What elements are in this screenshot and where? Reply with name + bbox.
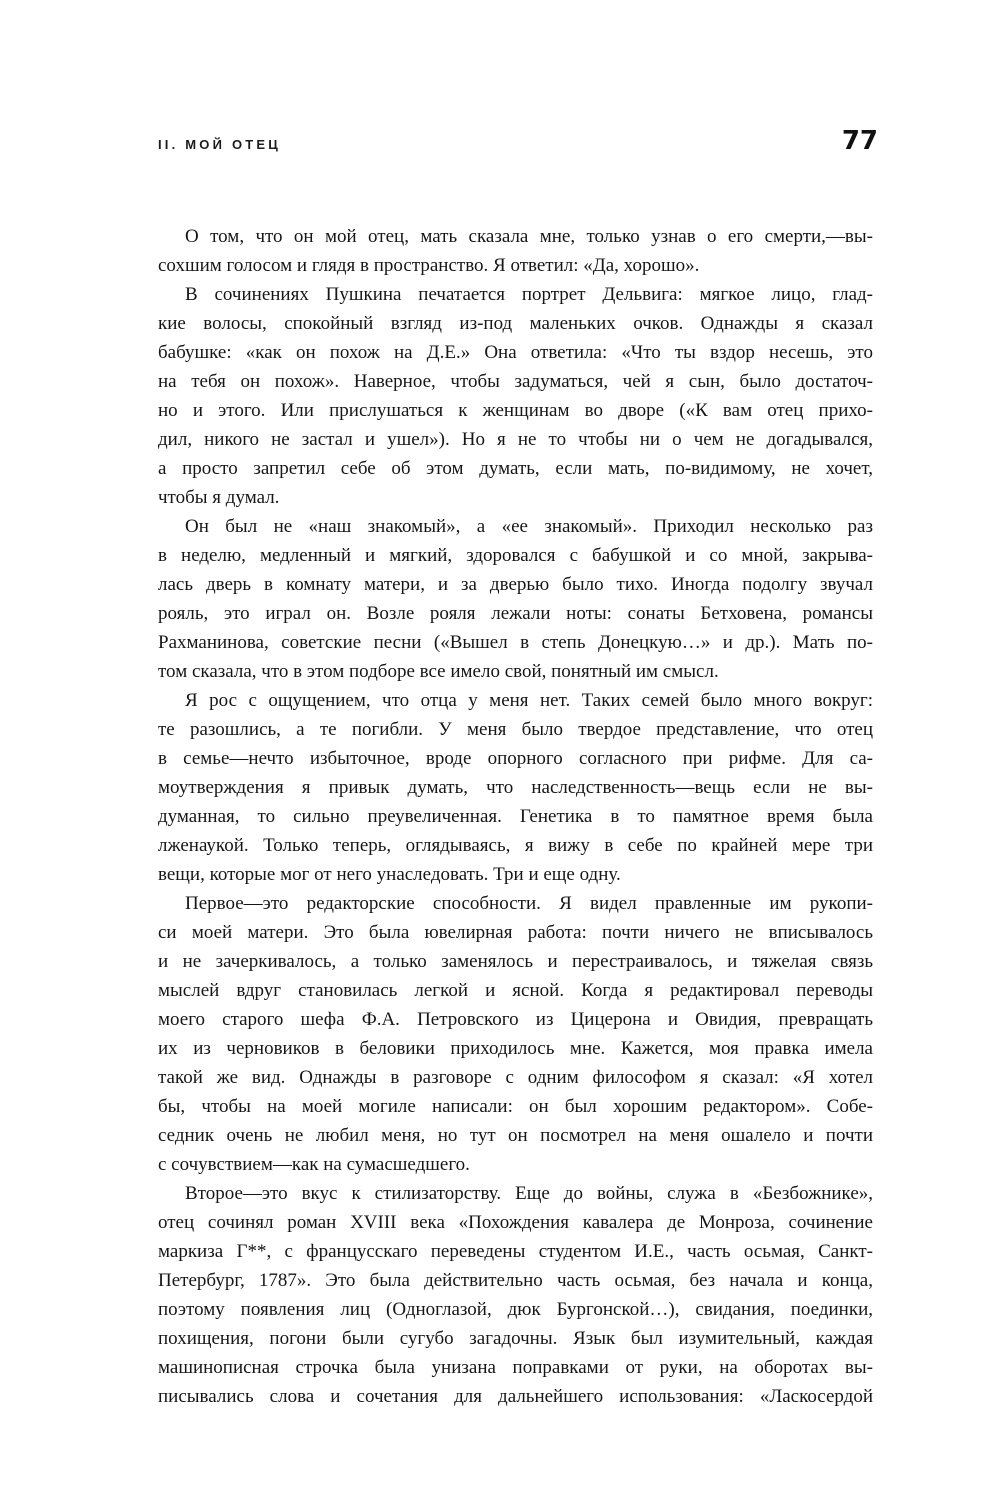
text-line: моего старого шефа Ф.А. Петровского из Ц… bbox=[158, 1005, 873, 1034]
text-line: О том, что он мой отец, мать сказала мне… bbox=[158, 222, 873, 251]
text-line: писывались слова и сочетания для дальней… bbox=[158, 1382, 873, 1411]
text-line: бабушке: «как он похож на Д.Е.» Она отве… bbox=[158, 338, 873, 367]
text-line: том сказала, что в этом подборе все имел… bbox=[158, 657, 873, 686]
text-line: кие волосы, спокойный взгляд из-под мале… bbox=[158, 309, 873, 338]
text-line: такой же вид. Однажды в разговоре с одни… bbox=[158, 1063, 873, 1092]
text-line: лась дверь в комнату матери, и за дверью… bbox=[158, 570, 873, 599]
text-line: в неделю, медленный и мягкий, здоровался… bbox=[158, 541, 873, 570]
text-line: рояль, это играл он. Возле рояля лежали … bbox=[158, 599, 873, 628]
text-line: поэтому появления лиц (Одноглазой, дюк Б… bbox=[158, 1295, 873, 1324]
paragraph: Я рос с ощущением, что отца у меня нет. … bbox=[158, 686, 873, 889]
text-line: вещи, которые мог от него унаследовать. … bbox=[158, 860, 873, 889]
running-header: II. МОЙ ОТЕЦ 77 bbox=[158, 128, 878, 154]
text-line: машинописная строчка была унизана поправ… bbox=[158, 1353, 873, 1382]
text-line: В сочинениях Пушкина печатается портрет … bbox=[158, 280, 873, 309]
text-line: Я рос с ощущением, что отца у меня нет. … bbox=[158, 686, 873, 715]
text-line: на тебя он похож». Наверное, чтобы задум… bbox=[158, 367, 873, 396]
text-line: чтобы я думал. bbox=[158, 483, 873, 512]
text-line: думанная, то сильно преувеличенная. Гене… bbox=[158, 802, 873, 831]
paragraph: Он был не «наш знакомый», а «ее знакомый… bbox=[158, 512, 873, 686]
text-line: бы, чтобы на моей могиле написали: он бы… bbox=[158, 1092, 873, 1121]
text-line: седник очень не любил меня, но тут он по… bbox=[158, 1121, 873, 1150]
text-line: отец сочинял роман XVIII века «Похождени… bbox=[158, 1208, 873, 1237]
text-line: дил, никого не застал и ушел»). Но я не … bbox=[158, 425, 873, 454]
page-number: 77 bbox=[842, 128, 878, 154]
text-line: похищения, погони были сугубо загадочны.… bbox=[158, 1324, 873, 1353]
text-line: Он был не «наш знакомый», а «ее знакомый… bbox=[158, 512, 873, 541]
book-page: II. МОЙ ОТЕЦ 77 О том, что он мой отец, … bbox=[0, 0, 1000, 1497]
text-line: Рахманинова, советские песни («Вышел в с… bbox=[158, 628, 873, 657]
text-line: лженаукой. Только теперь, оглядываясь, я… bbox=[158, 831, 873, 860]
text-line: их из черновиков в беловики приходилось … bbox=[158, 1034, 873, 1063]
text-line: с сочувствием—как на сумасшедшего. bbox=[158, 1150, 873, 1179]
text-block: О том, что он мой отец, мать сказала мне… bbox=[158, 222, 873, 1411]
text-line: мыслей вдруг становилась легкой и ясной.… bbox=[158, 976, 873, 1005]
text-line: Первое—это редакторские способности. Я в… bbox=[158, 889, 873, 918]
text-line: и не зачеркивалось, а только заменялось … bbox=[158, 947, 873, 976]
text-line: си моей матери. Это была ювелирная работ… bbox=[158, 918, 873, 947]
text-line: Второе—это вкус к стилизаторству. Еще до… bbox=[158, 1179, 873, 1208]
paragraph: Первое—это редакторские способности. Я в… bbox=[158, 889, 873, 1179]
paragraph: Второе—это вкус к стилизаторству. Еще до… bbox=[158, 1179, 873, 1411]
text-line: а просто запретил себе об этом думать, е… bbox=[158, 454, 873, 483]
text-line: сохшим голосом и глядя в пространство. Я… bbox=[158, 251, 873, 280]
paragraph: О том, что он мой отец, мать сказала мне… bbox=[158, 222, 873, 280]
text-line: те разошлись, а те погибли. У меня было … bbox=[158, 715, 873, 744]
paragraph: В сочинениях Пушкина печатается портрет … bbox=[158, 280, 873, 512]
running-title: II. МОЙ ОТЕЦ bbox=[158, 137, 281, 152]
text-line: маркиза Г**, с францусскаго переведены с… bbox=[158, 1237, 873, 1266]
text-line: моутверждения я привык думать, что насле… bbox=[158, 773, 873, 802]
text-line: Петербург, 1787». Это была действительно… bbox=[158, 1266, 873, 1295]
text-line: в семье—нечто избыточное, вроде опорного… bbox=[158, 744, 873, 773]
text-line: но и этого. Или прислушаться к женщинам … bbox=[158, 396, 873, 425]
